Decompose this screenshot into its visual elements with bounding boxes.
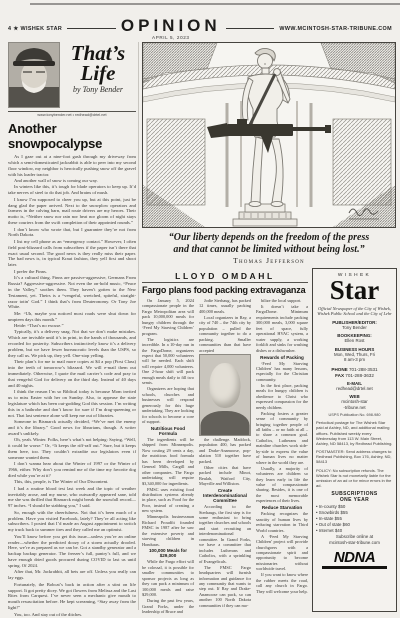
article-paragraph: The ingredients will be shipped from Min… (142, 437, 194, 486)
masthead-official-text: Official Newspaper of the City of Wishek… (316, 306, 393, 317)
column-divider (138, 42, 139, 610)
paragraph: You’ll know before you get this issue—un… (8, 534, 136, 569)
article-paragraph: If you want to know where the rubber mee… (256, 572, 308, 594)
thats-life-column: That’s Life by Tony Bender www.tonybende… (8, 42, 136, 618)
article-subhead: 100,000 Meals for $29,000 (142, 548, 194, 558)
paragraph: I prefer the Finns. (8, 269, 136, 275)
web-address-2: -tribune.net (316, 405, 393, 411)
article-paragraph: A ‘Feed My Starving Children’ project wi… (256, 534, 308, 572)
article-body-snowpocalypse: As I gaze out at a nine-foot gash throug… (8, 154, 136, 618)
author-contact-line: www.tonybender.net • redhead@drtel.net (8, 113, 136, 117)
omdahl-column-1: On January 5, 2024 compassionate people … (142, 298, 194, 615)
fax-line: FAX 701-288-3632 (316, 373, 393, 378)
quote-line-1: “Our liberty depends on the freedom of t… (142, 232, 396, 244)
usps-number: USPS Publication No. 698-980 (316, 413, 393, 417)
website-url: WWW.MCINTOSH-STAR-TRIBUNE.COM (279, 26, 392, 32)
page-header: 4 ★ WISHEK STAR OPINION APRIL 5, 2023 WW… (8, 17, 392, 40)
periodical-legal-text: Periodical postage for The Wishek Star p… (316, 420, 393, 446)
article-paragraph: During the past few years, Grand Forks, … (142, 598, 194, 614)
editorial-cartoon-david-statue (142, 42, 396, 228)
article-paragraph: The FMSC Fargo headquarters will furnish… (199, 565, 251, 609)
article-paragraph: Other cities that have packed include Mi… (199, 465, 251, 487)
paragraph: So, enough with the cheerfulness. Not th… (8, 510, 136, 534)
article-paragraph: In the first place, packing meals for hu… (256, 383, 308, 410)
article-paragraph: Packing fosters a greater sense of commu… (256, 411, 308, 466)
paragraph: Someone in Bismarck actually decided, “W… (8, 419, 136, 437)
fax-number: 701-288-3632 (345, 373, 374, 378)
thats-life-header: That’s Life by Tony Bender (8, 42, 136, 108)
quote-attribution: Thomas Jefferson (142, 256, 396, 265)
paragraph: I don’t wanna hear about the Winter of 1… (8, 461, 136, 479)
omdahl-byline: LLOYD OMDAHL (142, 271, 308, 281)
article-paragraph: Jodie Sterhaug, has packed 12 times, usu… (199, 298, 251, 314)
article-paragraph: It doesn’t take a FargoDome. Minimum req… (256, 304, 308, 353)
article-subhead: Rewards of Packing (256, 355, 308, 360)
paragraph: Oh, yeah. Winter. Folks, here’s what’s n… (8, 437, 136, 461)
subscriptions-title-2: ONE YEAR (316, 497, 393, 503)
byline-rule (142, 282, 308, 283)
article-paragraph: On January 5, 2024 compassionate people … (142, 298, 194, 336)
omdahl-column-2: Jodie Sterhaug, has packed 12 times, usu… (199, 298, 251, 615)
page-folio: 4 ★ WISHEK STAR (8, 26, 62, 32)
paragraph: As I gaze out at a nine-foot gash throug… (8, 154, 136, 178)
issue-date: APRIL 5, 2023 (121, 35, 221, 40)
article-paragraph: the challenge. Maddock, population 400, … (199, 437, 251, 464)
paragraph: Me: “Uh, maybe you noticed most roads we… (8, 311, 136, 323)
paragraph: In winters like this, it’s tough for bla… (8, 184, 136, 196)
omdahl-article: LLOYD OMDAHL Fargo plans food packing ex… (142, 271, 308, 615)
quote-line-2: and that cannot be limited without being… (142, 244, 396, 256)
article-subhead: Nutritious Food Formula (142, 426, 194, 436)
header-rule-right (226, 28, 275, 29)
paragraph: I think the reason I’m so Biblical today… (8, 389, 136, 418)
phone-number: 701-288-3531 (349, 367, 378, 372)
article-headline-fargo: Fargo plans food packing extravaganza (142, 285, 308, 295)
ndna-logo-bar (322, 566, 387, 570)
article-paragraph: bilize the local support. (256, 298, 308, 303)
masthead-box: WISHEK Star Official Newspaper of the Ci… (312, 268, 397, 612)
article-paragraph: Minneapolis businessman Richard Proudfit… (142, 514, 194, 547)
omdahl-columns: On January 5, 2024 compassionate people … (142, 298, 308, 615)
article-paragraph: Packing recognizes the sanctity of human… (256, 511, 308, 533)
subscription-rates-list: • In-county $50• Snowbirds $55• In-state… (316, 504, 393, 534)
header-rule-left (67, 28, 116, 29)
newspaper-opinion-page: 4 ★ WISHEK STAR OPINION APRIL 5, 2023 WW… (0, 0, 400, 618)
omdahl-column-3: bilize the local support.It doesn’t take… (256, 298, 308, 615)
divider-rule (8, 111, 136, 112)
publisher-name: Tony Bender (316, 325, 393, 331)
paragraph: This, this, people, is The Winter of Our… (8, 479, 136, 485)
column-title-line2: Life (60, 64, 136, 84)
column-byline: by Tony Bender (60, 85, 136, 94)
paragraph: Their plan’s for me to mail more copies … (8, 359, 136, 388)
paragraph: It’s a cultural thing. Finns are passive… (8, 275, 136, 310)
article-paragraph: Usually, a majority of volunteers are ch… (256, 466, 308, 504)
column-title-block: That’s Life by Tony Bender (60, 42, 136, 108)
phone-line: PHONE 701-288-3531 (316, 367, 393, 372)
article-headline-snowpocalypse: Another snowpocalypse (8, 121, 136, 151)
article-paragraph: ‘Feed My Starving Children’ has many les… (256, 361, 308, 383)
paragraph: You, too. And stay out of the ditches. (8, 612, 136, 618)
jefferson-quote-block: “Our liberty depends on the freedom of t… (142, 232, 396, 265)
bookkeeping-name: Ellen Rost (316, 338, 393, 344)
paragraph: I know I’m supposed to cheer you up, but… (8, 197, 136, 226)
scan-artifact-line (30, 3, 400, 5)
postmaster-text: POSTMASTER: Send address changes to: Red… (316, 449, 393, 465)
article-paragraph: FMSC uses existing food distribution sys… (142, 487, 194, 514)
star-icon: ★ (13, 26, 18, 32)
paragraph: I had a routine blood test last week and… (8, 486, 136, 510)
section-title: OPINION (121, 17, 221, 34)
email-address: redhead@drtel.net (316, 386, 393, 392)
paragraph: I list my cell phone as an “emergency co… (8, 239, 136, 268)
article-paragraph: Local organizers in Ray, a city of 740 –… (199, 315, 251, 353)
policy-text: POLICY: No subscription refunds. The Wis… (316, 468, 393, 489)
article-paragraph: While the Fargo effort will be colossal,… (142, 559, 194, 597)
paragraph: And another wall of snow is coming our w… (8, 178, 136, 184)
paragraph: Typically, it’s a delivery snag. Not tha… (8, 329, 136, 358)
article-paragraph: The logistics are incredible. In a 10-da… (142, 337, 194, 386)
subscribe-online-url: mcintosh-star-tribune.com (316, 540, 393, 546)
lloyd-omdahl-photo (199, 354, 251, 436)
masthead-name: Star (316, 278, 393, 304)
paragraph: After that, Mr. Jackrabbit, all bets are… (8, 569, 136, 581)
paragraph: Heide: “That’s no excuse.” (8, 323, 136, 329)
paragraph: I don’t know who wrote that, but I guara… (8, 227, 136, 239)
article-paragraph: According to the Sterhaugs, the first st… (199, 504, 251, 564)
section-title-block: OPINION APRIL 5, 2023 (121, 17, 221, 40)
article-subhead: Reduce Starvation (256, 505, 308, 510)
article-subhead: Create Interdenominational Committee (199, 488, 251, 503)
ndna-logo: NDNA (316, 550, 393, 565)
article-paragraph: Organizers are hoping that schools, chur… (142, 386, 194, 424)
paragraph: Fortunately, the Bobcat’s back in action… (8, 582, 136, 611)
tony-bender-photo (8, 42, 60, 108)
